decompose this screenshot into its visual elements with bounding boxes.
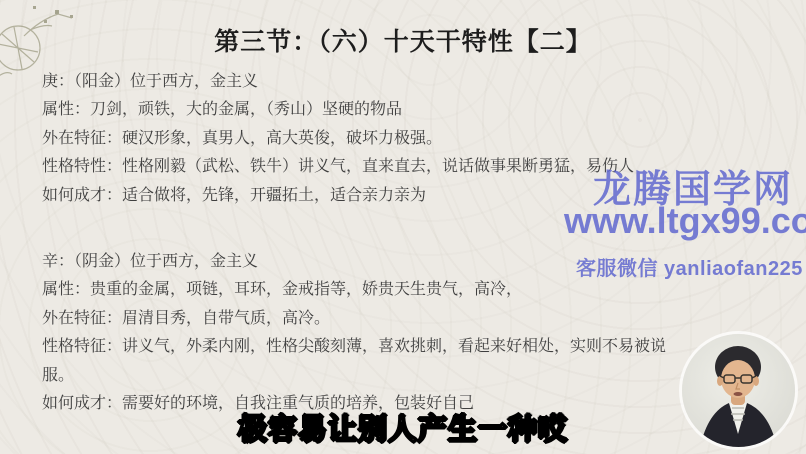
geng-appearance: 外在特征：硬汉形象，真男人，高大英俊，破坏力极强。 <box>42 125 634 153</box>
xin-personality: 性格特征：讲义气，外柔内刚，性格尖酸刻薄，喜欢挑刺，看起来好相处，实则不易被说 <box>42 333 666 361</box>
section-geng: 庚：（阳金）位于西方，金主义 属性：刀剑，顽铁，大的金属，（秀山）坚硬的物品 外… <box>42 68 634 210</box>
xin-appearance: 外在特征：眉清目秀，自带气质，高冷。 <box>42 305 666 333</box>
geng-personality: 性格特性：性格刚毅（武松、铁牛）讲义气，直来直去，说话做事果断勇猛，易伤人 <box>42 153 634 181</box>
watermark-contact: 客服微信 yanliaofan225 <box>576 252 803 281</box>
xin-attributes: 属性：贵重的金属，项链，耳环，金戒指等，娇贵天生贵气，高冷， <box>42 276 666 304</box>
lecture-video-frame: 第三节：（六）十天干特性【二】 庚：（阳金）位于西方，金主义 属性：刀剑，顽铁，… <box>0 0 806 454</box>
presenter-portrait <box>682 334 795 447</box>
watermark-url: www.ltgx99.com <box>564 200 806 242</box>
xin-personality-wrap: 服。 <box>42 362 666 390</box>
geng-attributes: 属性：刀剑，顽铁，大的金属，（秀山）坚硬的物品 <box>42 96 634 124</box>
xin-headline: 辛：（阴金）位于西方，金主义 <box>42 248 666 276</box>
geng-success-path: 如何成才：适合做将，先锋，开疆拓土，适合亲力亲为 <box>42 182 634 210</box>
subtitle-caption: 极容易让别人产生一种哎 <box>0 407 806 448</box>
section-xin: 辛：（阴金）位于西方，金主义 属性：贵重的金属，项链，耳环，金戒指等，娇贵天生贵… <box>42 248 666 418</box>
presenter-webcam <box>682 334 795 447</box>
geng-headline: 庚：（阳金）位于西方，金主义 <box>42 68 634 96</box>
slide-title: 第三节：（六）十天干特性【二】 <box>0 22 806 58</box>
